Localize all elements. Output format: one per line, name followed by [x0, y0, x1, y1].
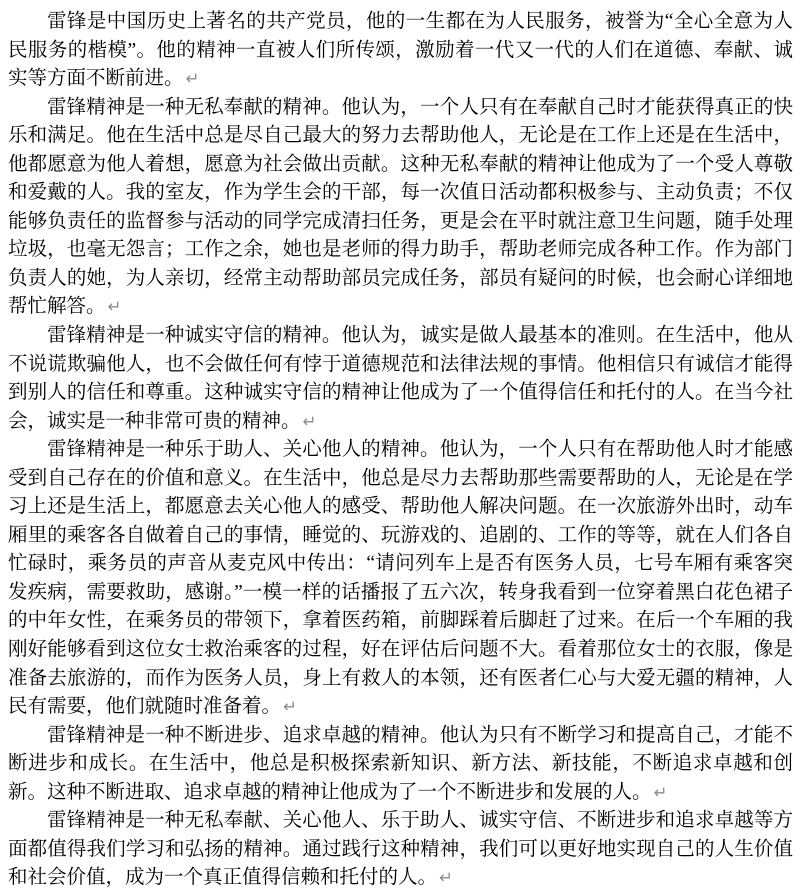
paragraph-return-mark-icon: ↵	[184, 69, 200, 88]
paragraph-return-mark-icon: ↵	[281, 697, 297, 716]
paragraph-return-mark-icon: ↵	[301, 412, 317, 431]
document-page: 雷锋是中国历史上著名的共产党员，他的一生都在为人民服务，被誉为“全心全意为人民服…	[0, 0, 801, 894]
paragraph-text: 雷锋精神是一种不断进步、追求卓越的精神。他认为只有不断学习和提高自己，才能不断进…	[8, 725, 793, 803]
paragraph: 雷锋精神是一种不断进步、追求卓越的精神。他认为只有不断学习和提高自己，才能不断进…	[8, 722, 793, 808]
paragraph-text: 雷锋是中国历史上著名的共产党员，他的一生都在为人民服务，被誉为“全心全意为人民服…	[8, 11, 793, 89]
paragraph: 雷锋精神是一种诚实守信的精神。他认为，诚实是做人最基本的准则。在生活中，他从不说…	[8, 322, 793, 436]
paragraph-return-mark-icon: ↵	[437, 868, 453, 887]
paragraph-return-mark-icon: ↵	[652, 783, 668, 802]
paragraph-text: 雷锋精神是一种无私奉献、关心他人、乐于助人、诚实守信、不断进步和追求卓越等方面都…	[8, 810, 793, 888]
paragraph-text: 雷锋精神是一种无私奉献的精神。他认为，一个人只有在奉献自己时才能获得真正的快乐和…	[8, 97, 793, 318]
paragraph-return-mark-icon: ↵	[106, 297, 122, 316]
paragraph-text: 雷锋精神是一种诚实守信的精神。他认为，诚实是做人最基本的准则。在生活中，他从不说…	[8, 325, 793, 432]
paragraph: 雷锋精神是一种无私奉献、关心他人、乐于助人、诚实守信、不断进步和追求卓越等方面都…	[8, 807, 793, 893]
paragraph-text: 雷锋精神是一种乐于助人、关心他人的精神。他认为，一个人只有在帮助他人时才能感受到…	[8, 439, 793, 717]
paragraph: 雷锋是中国历史上著名的共产党员，他的一生都在为人民服务，被誉为“全心全意为人民服…	[8, 8, 793, 94]
paragraph: 雷锋精神是一种乐于助人、关心他人的精神。他认为，一个人只有在帮助他人时才能感受到…	[8, 436, 793, 721]
paragraph: 雷锋精神是一种无私奉献的精神。他认为，一个人只有在奉献自己时才能获得真正的快乐和…	[8, 94, 793, 322]
